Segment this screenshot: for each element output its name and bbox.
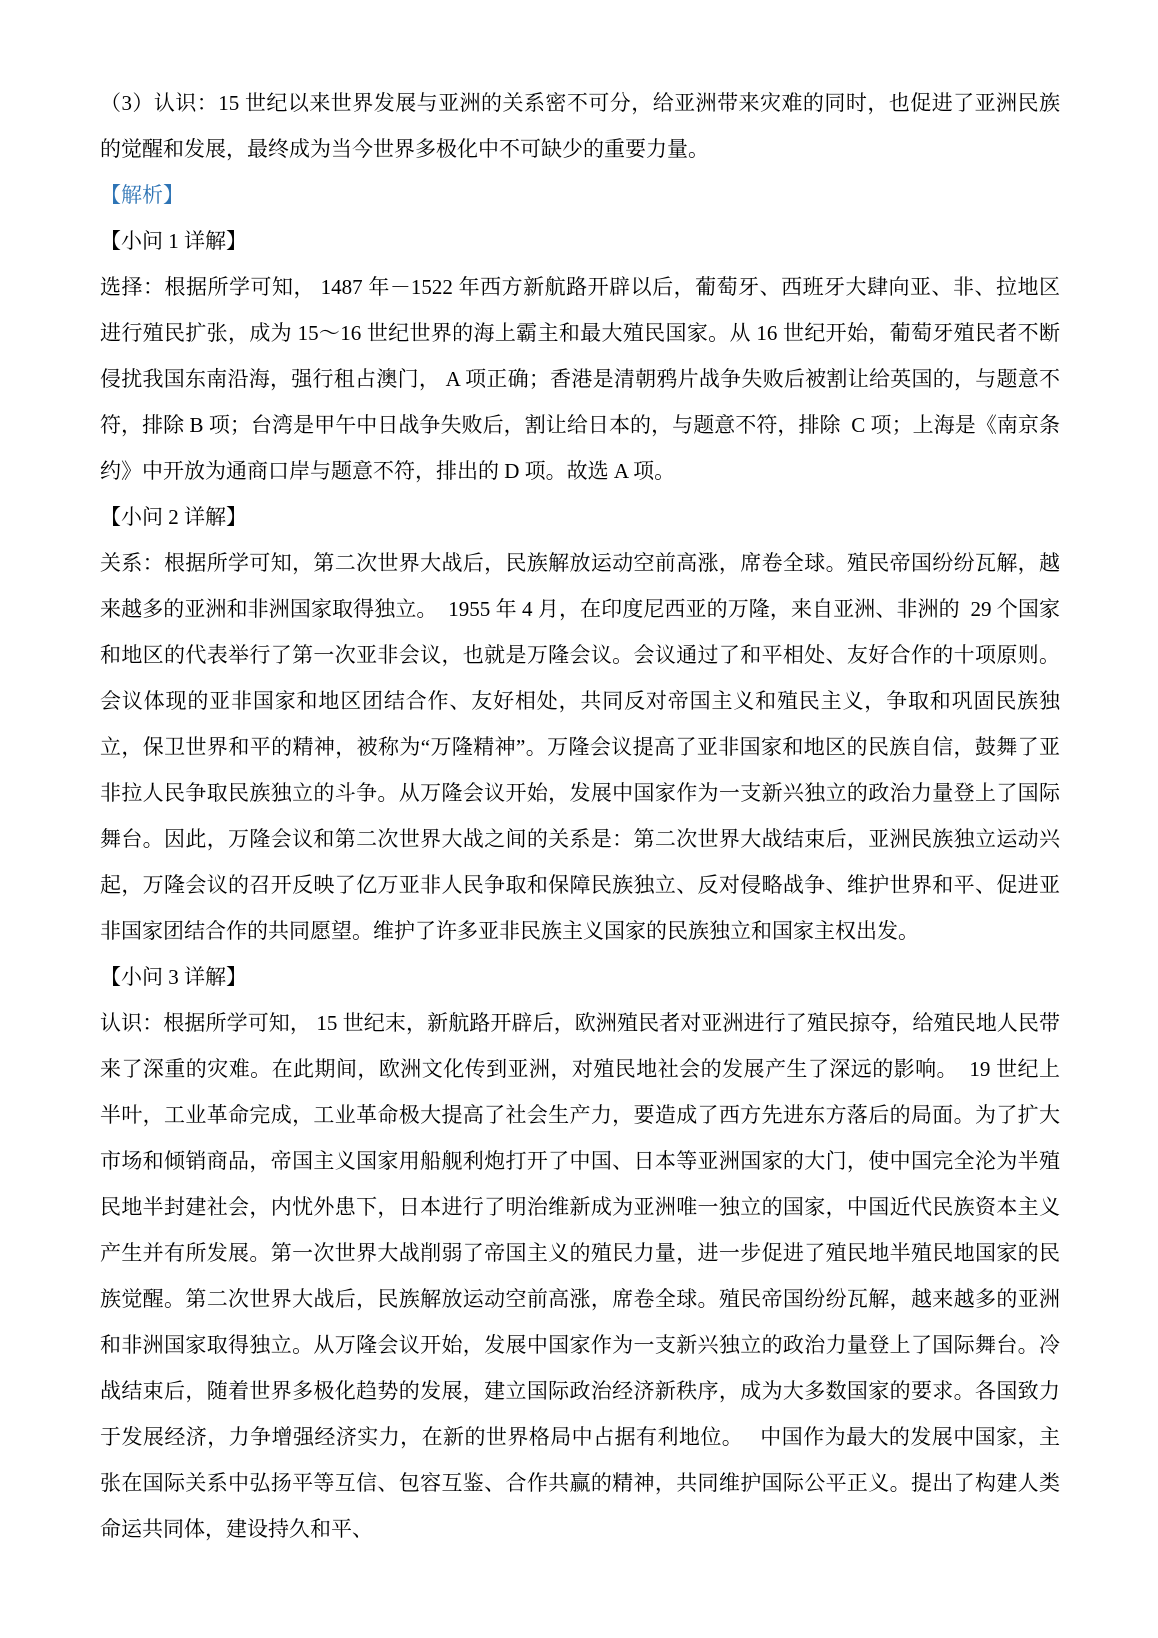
subquestion-2-body: 关系：根据所学可知，第二次世界大战后，民族解放运动空前高涨，席卷全球。殖民帝国纷… bbox=[100, 540, 1060, 954]
subquestion-3-body: 认识：根据所学可知， 15 世纪末，新航路开辟后，欧洲殖民者对亚洲进行了殖民掠夺… bbox=[100, 1000, 1060, 1552]
answer-point-3-text: （3）认识：15 世纪以来世界发展与亚洲的关系密不可分，给亚洲带来灾难的同时，也… bbox=[100, 80, 1060, 172]
document-page: （3）认识：15 世纪以来世界发展与亚洲的关系密不可分，给亚洲带来灾难的同时，也… bbox=[0, 0, 1158, 1638]
analysis-label: 【解析】 bbox=[100, 172, 1060, 218]
subquestion-2-label: 【小问 2 详解】 bbox=[100, 494, 1060, 540]
subquestion-1-body: 选择：根据所学可知， 1487 年－1522 年西方新航路开辟以后，葡萄牙、西班… bbox=[100, 264, 1060, 494]
subquestion-1-label: 【小问 1 详解】 bbox=[100, 218, 1060, 264]
subquestion-3-label: 【小问 3 详解】 bbox=[100, 954, 1060, 1000]
